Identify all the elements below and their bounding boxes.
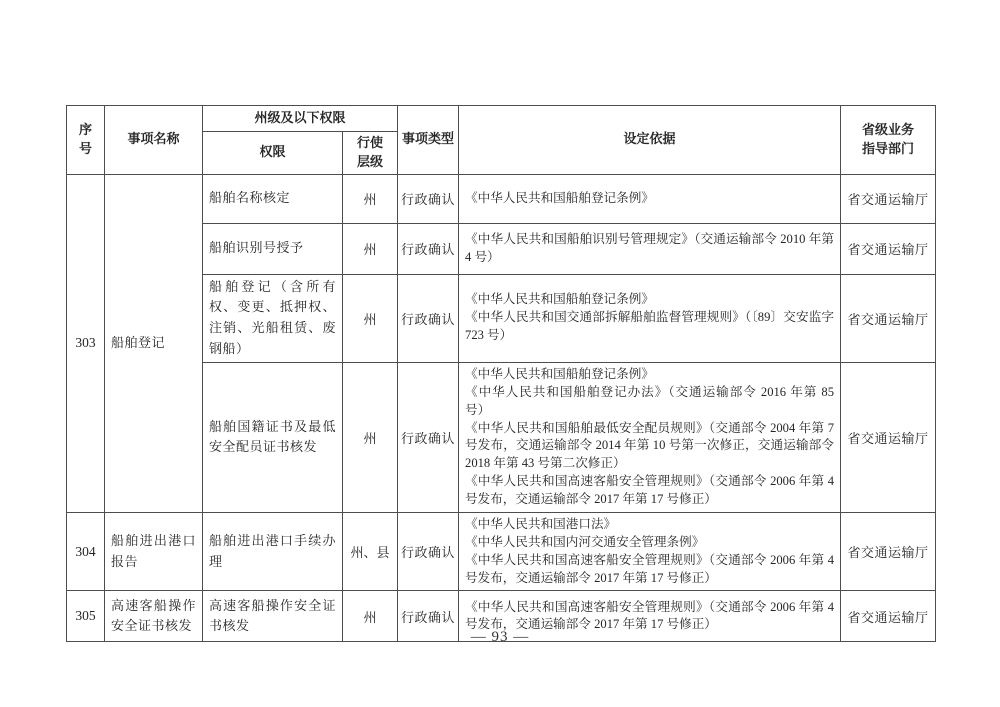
cell-dept: 省交通运输厅 xyxy=(841,174,936,223)
cell-type: 行政确认 xyxy=(398,174,459,223)
cell-authority: 船舶进出港口手续办理 xyxy=(203,512,343,591)
cell-authority: 船舶名称核定 xyxy=(203,174,343,223)
header-group-authority: 州级及以下权限 xyxy=(203,106,398,132)
table-row: 303 船舶登记 船舶名称核定 州 行政确认 《中华人民共和国船舶登记条例》 省… xyxy=(67,174,936,223)
cell-type: 行政确认 xyxy=(398,274,459,362)
header-exercise-level: 行使 层级 xyxy=(343,132,398,175)
header-basis: 设定依据 xyxy=(459,106,841,175)
cell-authority: 船舶识别号授予 xyxy=(203,223,343,274)
cell-level: 州 xyxy=(343,274,398,362)
header-row-top: 序 号 事项名称 州级及以下权限 事项类型 设定依据 省级业务 指导部门 xyxy=(67,106,936,132)
cell-basis: 《中华人民共和国船舶识别号管理规定》（交通运输部令 2010 年第 4 号） xyxy=(459,223,841,274)
cell-authority: 船舶登记（含所有权、变更、抵押权、注销、光船租赁、废钢船） xyxy=(203,274,343,362)
cell-seq: 304 xyxy=(67,512,105,591)
cell-item-name: 船舶进出港口报告 xyxy=(105,512,203,591)
document-page: { "page": { "number": "— 93 —" }, "table… xyxy=(0,0,1000,707)
authority-table: 序 号 事项名称 州级及以下权限 事项类型 设定依据 省级业务 指导部门 权限 … xyxy=(66,105,936,642)
cell-level: 州 xyxy=(343,174,398,223)
table-row: 304 船舶进出港口报告 船舶进出港口手续办理 州、县 行政确认 《中华人民共和… xyxy=(67,512,936,591)
cell-basis: 《中华人民共和国港口法》 《中华人民共和国内河交通安全管理条例》 《中华人民共和… xyxy=(459,512,841,591)
cell-level: 州、县 xyxy=(343,512,398,591)
cell-basis: 《中华人民共和国船舶登记条例》 xyxy=(459,174,841,223)
header-item-name: 事项名称 xyxy=(105,106,203,175)
cell-seq: 303 xyxy=(67,174,105,512)
cell-level: 州 xyxy=(343,223,398,274)
cell-item-name: 船舶登记 xyxy=(105,174,203,512)
cell-level: 州 xyxy=(343,362,398,512)
cell-type: 行政确认 xyxy=(398,362,459,512)
authority-table-container: 序 号 事项名称 州级及以下权限 事项类型 设定依据 省级业务 指导部门 权限 … xyxy=(66,105,935,642)
header-dept: 省级业务 指导部门 xyxy=(841,106,936,175)
header-seq: 序 号 xyxy=(67,106,105,175)
cell-dept: 省交通运输厅 xyxy=(841,362,936,512)
cell-basis: 《中华人民共和国船舶登记条例》 《中华人民共和国船舶登记办法》（交通运输部令 2… xyxy=(459,362,841,512)
cell-type: 行政确认 xyxy=(398,223,459,274)
header-item-type: 事项类型 xyxy=(398,106,459,175)
cell-dept: 省交通运输厅 xyxy=(841,223,936,274)
header-authority: 权限 xyxy=(203,132,343,175)
cell-dept: 省交通运输厅 xyxy=(841,274,936,362)
page-number: — 93 — xyxy=(0,629,1000,646)
cell-authority: 船舶国籍证书及最低安全配员证书核发 xyxy=(203,362,343,512)
cell-basis: 《中华人民共和国船舶登记条例》 《中华人民共和国交通部拆解船舶监督管理规则》（〔… xyxy=(459,274,841,362)
cell-type: 行政确认 xyxy=(398,512,459,591)
cell-dept: 省交通运输厅 xyxy=(841,512,936,591)
